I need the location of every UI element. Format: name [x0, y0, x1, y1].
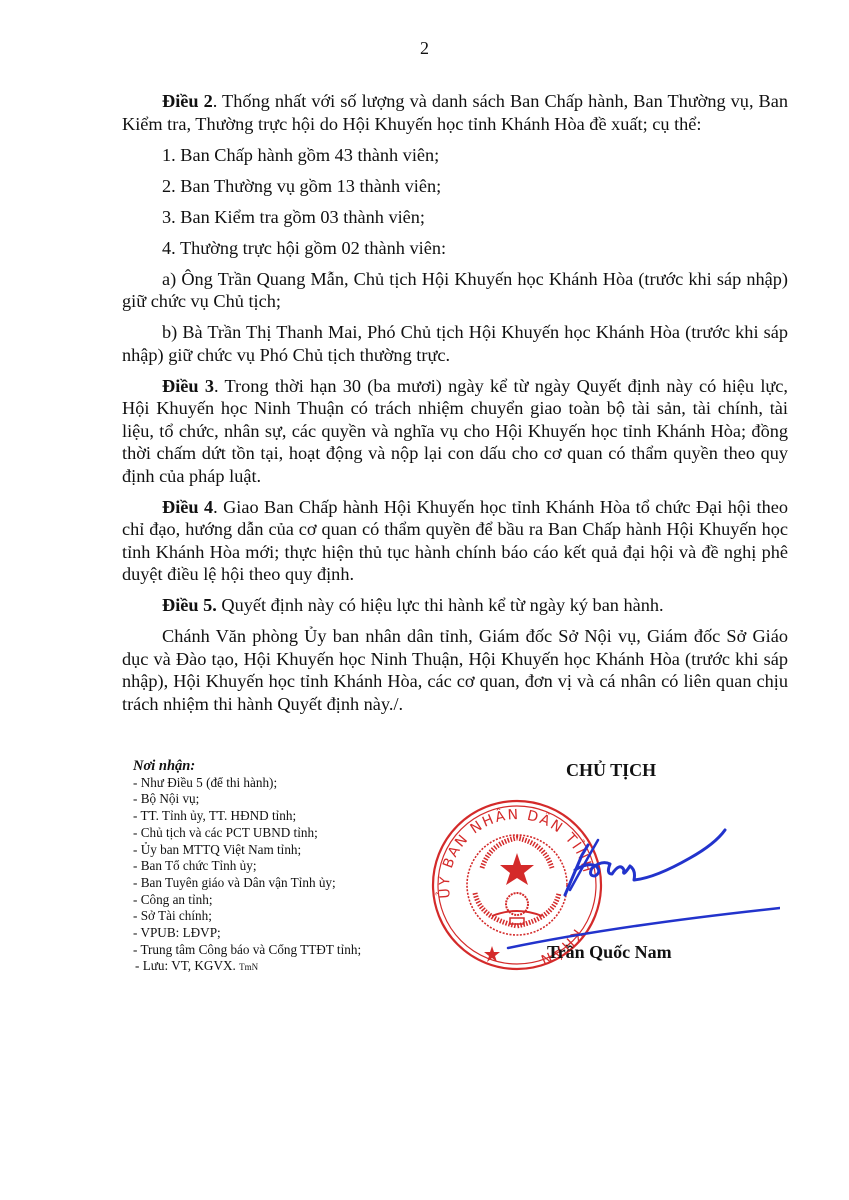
- recipient-item: - Sở Tài chính;: [133, 908, 361, 925]
- recipient-archive: - Lưu: VT, KGVX. TmN: [135, 958, 361, 976]
- recipient-item: - Bộ Nội vụ;: [133, 791, 361, 808]
- recipient-item: - Ban Tổ chức Tỉnh ủy;: [133, 858, 361, 875]
- signer-title: CHỦ TỊCH: [566, 760, 656, 781]
- recipient-item: - Ban Tuyên giáo và Dân vận Tỉnh ủy;: [133, 875, 361, 892]
- recipient-item: - Trung tâm Công báo và Cổng TTĐT tỉnh;: [133, 942, 361, 959]
- recipient-item: - VPUB: LĐVP;: [133, 925, 361, 942]
- article-2: Điều 2. Thống nhất với số lượng và danh …: [122, 90, 788, 135]
- article-4-text: . Giao Ban Chấp hành Hội Khuyến học tỉnh…: [122, 497, 788, 585]
- recipient-item: - Như Điều 5 (để thi hành);: [133, 775, 361, 792]
- recipient-item: - TT. Tỉnh ủy, TT. HĐND tỉnh;: [133, 808, 361, 825]
- article-5: Điều 5. Quyết định này có hiệu lực thi h…: [122, 594, 788, 617]
- recipient-item: - Công an tỉnh;: [133, 892, 361, 909]
- recipient-archive-text: - Lưu: VT, KGVX.: [135, 958, 236, 973]
- article-2-subitem-b: b) Bà Trần Thị Thanh Mai, Phó Chủ tịch H…: [122, 321, 788, 366]
- article-2-item-1: 1. Ban Chấp hành gồm 43 thành viên;: [122, 144, 788, 167]
- article-5-text: Quyết định này có hiệu lực thi hành kể t…: [217, 595, 664, 615]
- article-4: Điều 4. Giao Ban Chấp hành Hội Khuyến họ…: [122, 496, 788, 586]
- article-3-label: Điều 3: [162, 376, 214, 396]
- recipient-item: - Chủ tịch và các PCT UBND tỉnh;: [133, 825, 361, 842]
- article-3: Điều 3. Trong thời hạn 30 (ba mươi) ngày…: [122, 375, 788, 488]
- recipients-block: Nơi nhận: - Như Điều 5 (để thi hành); - …: [133, 758, 361, 976]
- article-4-label: Điều 4: [162, 497, 213, 517]
- article-2-label: Điều 2: [162, 91, 213, 111]
- document-body: Điều 2. Thống nhất với số lượng và danh …: [122, 90, 788, 724]
- article-2-text: . Thống nhất với số lượng và danh sách B…: [122, 91, 788, 134]
- signer-name: Trần Quốc Nam: [547, 942, 672, 963]
- article-5-label: Điều 5.: [162, 595, 217, 615]
- article-2-item-3: 3. Ban Kiểm tra gồm 03 thành viên;: [122, 206, 788, 229]
- article-2-item-4: 4. Thường trực hội gồm 02 thành viên:: [122, 237, 788, 260]
- drafter-initials: TmN: [239, 962, 258, 972]
- article-3-text: . Trong thời hạn 30 (ba mươi) ngày kể từ…: [122, 376, 788, 486]
- page-number: 2: [0, 38, 849, 59]
- recipients-title: Nơi nhận:: [133, 758, 361, 775]
- closing-paragraph: Chánh Văn phòng Ủy ban nhân dân tỉnh, Gi…: [122, 625, 788, 715]
- recipient-item: - Ủy ban MTTQ Việt Nam tỉnh;: [133, 842, 361, 859]
- article-2-item-2: 2. Ban Thường vụ gồm 13 thành viên;: [122, 175, 788, 198]
- article-2-subitem-a: a) Ông Trần Quang Mẫn, Chủ tịch Hội Khuy…: [122, 268, 788, 313]
